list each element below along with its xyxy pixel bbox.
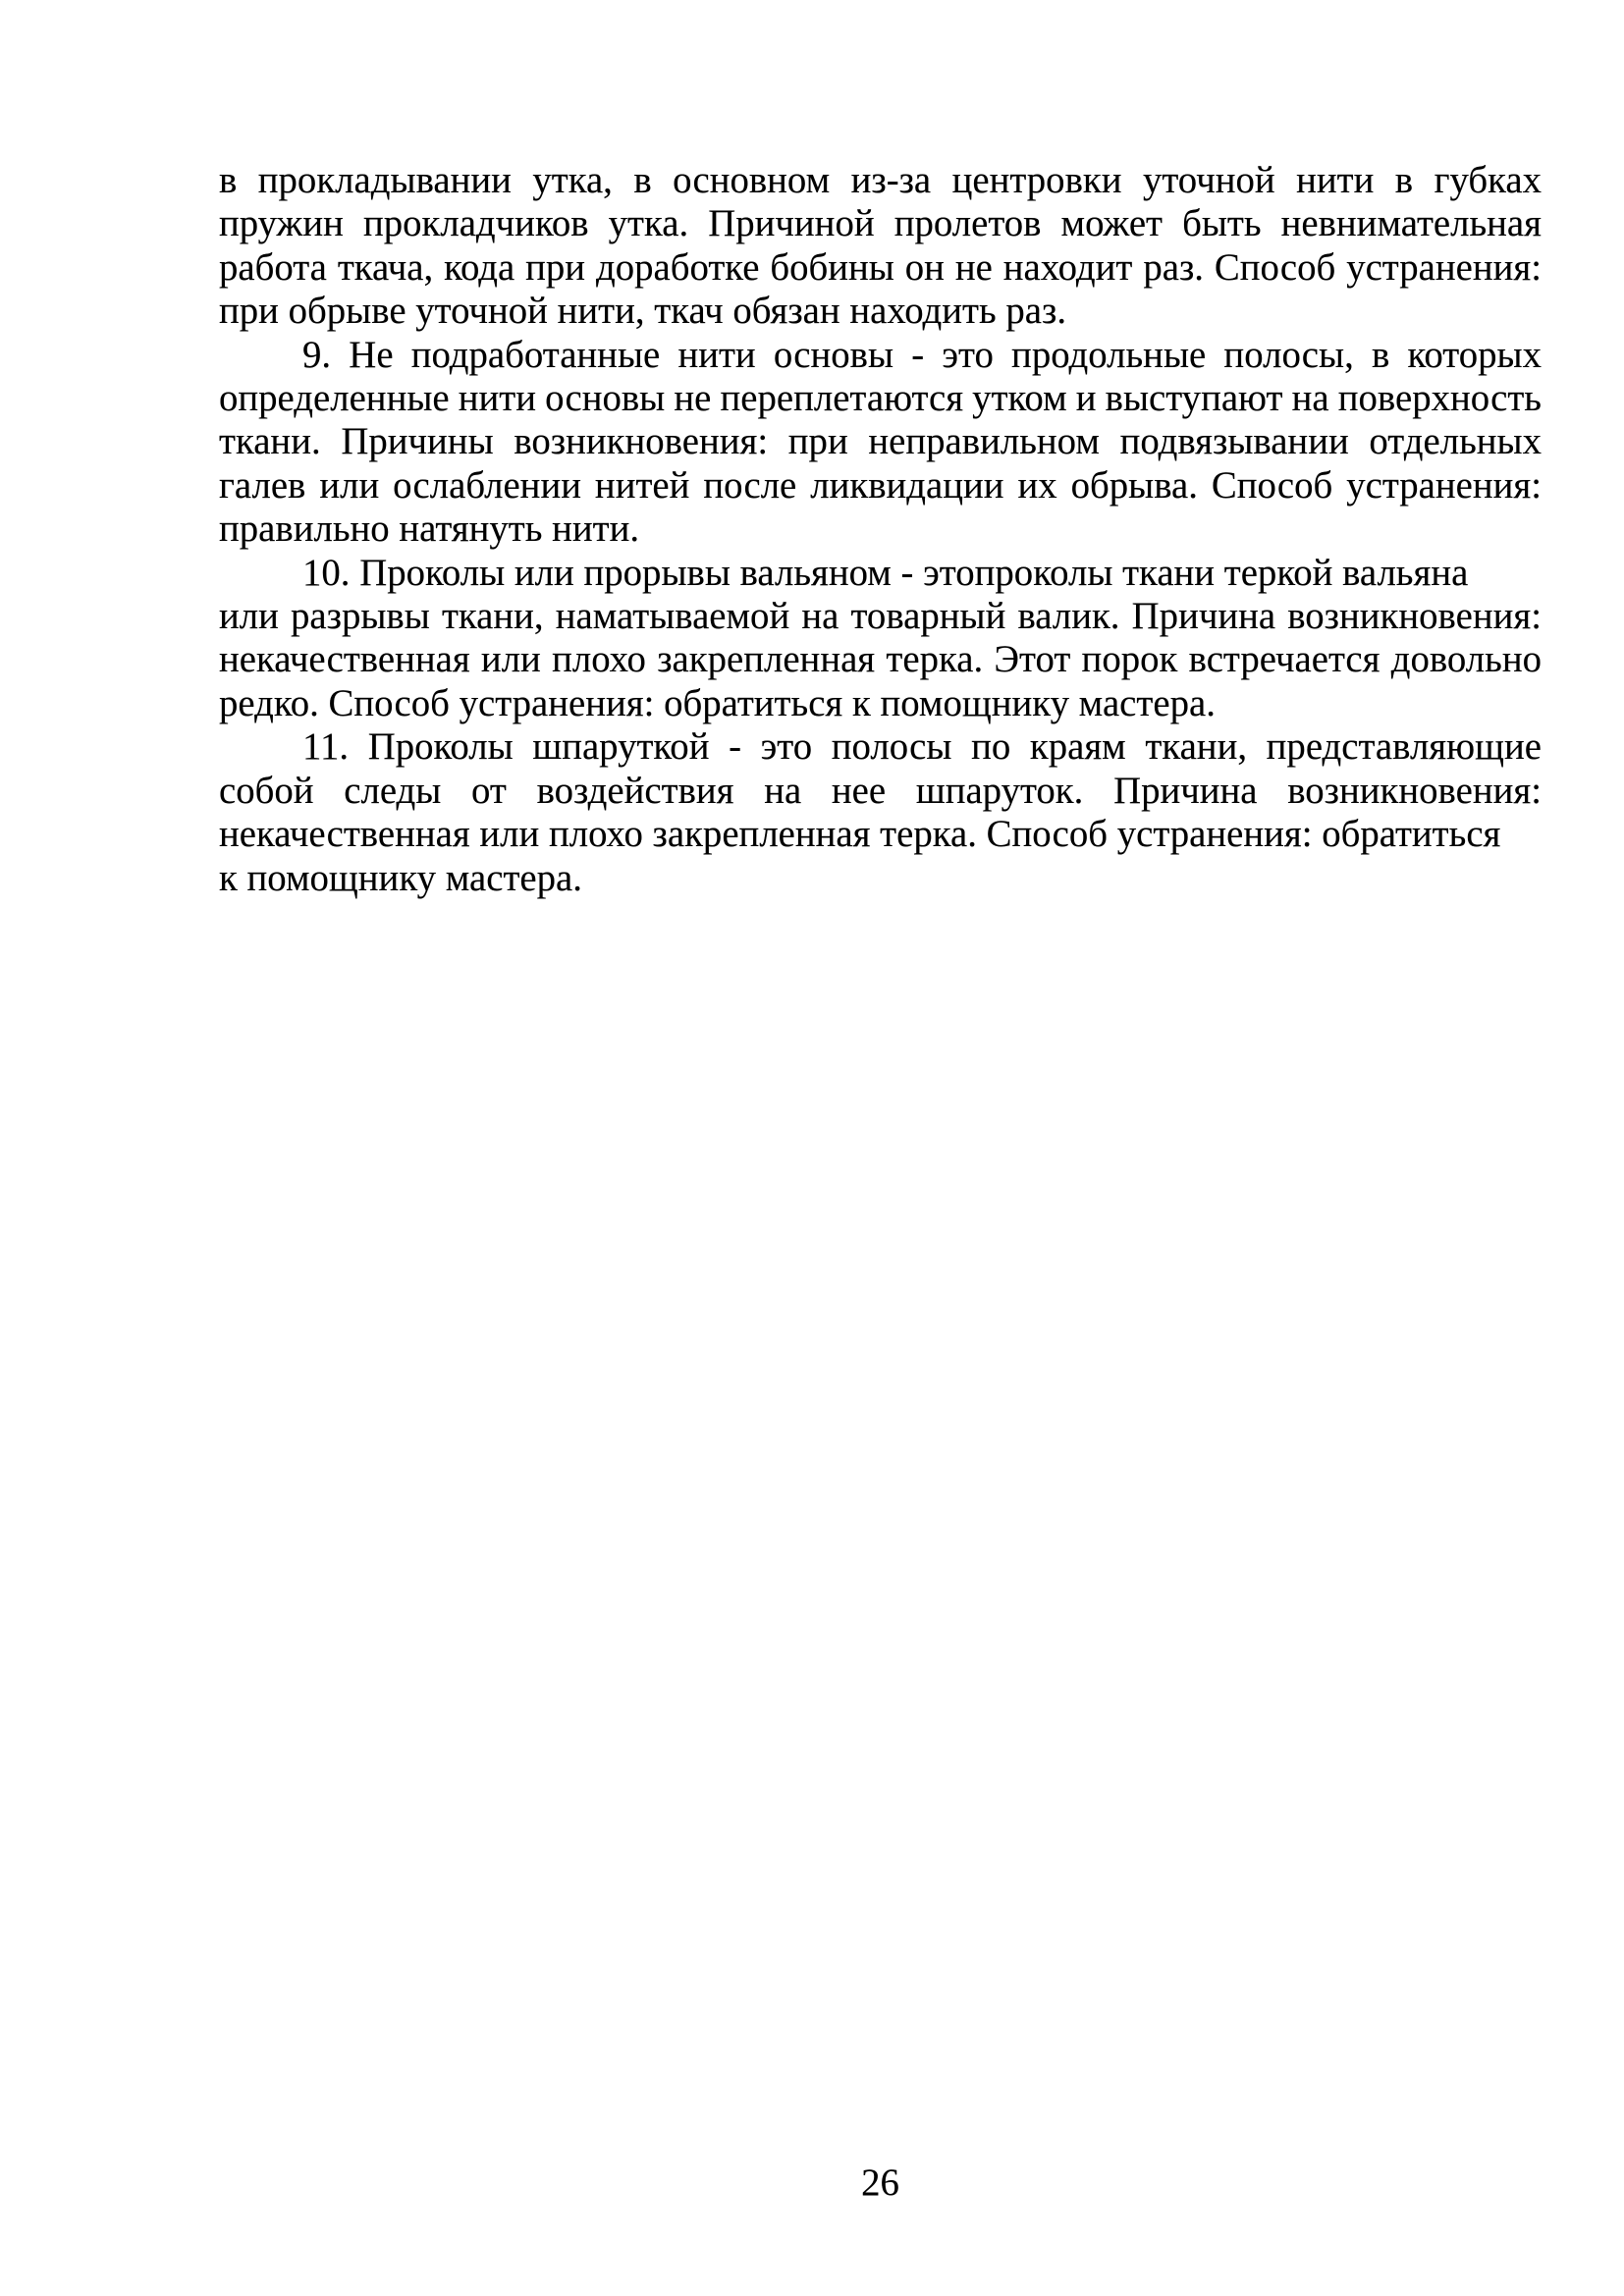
paragraph-item-9: 9. Не подработанные нити основы - это пр… xyxy=(219,334,1542,552)
text-line: собой следы от воздействия на нее шпарут… xyxy=(219,770,1542,813)
text-line: определенные нити основы не переплетаютс… xyxy=(219,377,1542,420)
text-line: некачественная или плохо закрепленная те… xyxy=(219,638,1542,681)
text-line: 11. Проколы шпаруткой - это полосы по кр… xyxy=(219,725,1542,769)
page-footer: 26 xyxy=(219,2162,1542,2205)
text-line: в прокладывании утка, в основном из-за ц… xyxy=(219,159,1542,202)
text-line: работа ткача, кода при доработке бобины … xyxy=(219,246,1542,290)
text-line: при обрыве уточной нити, ткач обязан нах… xyxy=(219,290,1542,333)
text-line: ткани. Причины возникновения: при неправ… xyxy=(219,420,1542,463)
text-line: или разрывы ткани, наматываемой на товар… xyxy=(219,595,1542,638)
text-line: некачественная или плохо закрепленная те… xyxy=(219,813,1542,856)
page-number: 26 xyxy=(861,2162,899,2204)
text-line: к помощнику мастера. xyxy=(219,857,1542,900)
document-page: в прокладывании утка, в основном из-за ц… xyxy=(0,0,1624,2296)
paragraph-item-10: 10. Проколы или прорывы вальяном - этопр… xyxy=(219,552,1542,726)
text-line: правильно натянуть нити. xyxy=(219,507,1542,551)
text-line: 10. Проколы или прорывы вальяном - этопр… xyxy=(219,552,1542,595)
paragraph-item-11: 11. Проколы шпаруткой - это полосы по кр… xyxy=(219,725,1542,900)
text-line: галев или ослаблении нитей после ликвида… xyxy=(219,464,1542,507)
text-line: 9. Не подработанные нити основы - это пр… xyxy=(219,334,1542,377)
paragraph-continuation: в прокладывании утка, в основном из-за ц… xyxy=(219,159,1542,334)
page-text: в прокладывании утка, в основном из-за ц… xyxy=(219,159,1542,900)
text-line: пружин прокладчиков утка. Причиной проле… xyxy=(219,202,1542,245)
text-line: редко. Способ устранения: обратиться к п… xyxy=(219,682,1542,725)
